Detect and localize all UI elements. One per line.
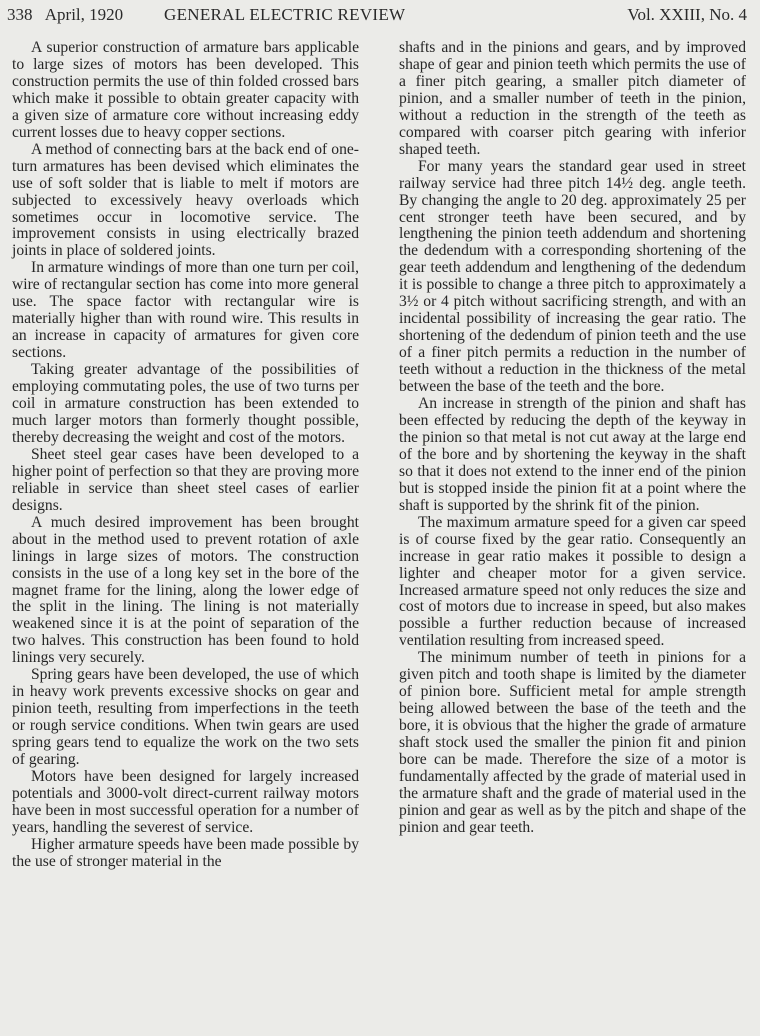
paragraph: Sheet steel gear cases have been develop…: [12, 447, 359, 515]
paragraph: The minimum number of teeth in pinions f…: [399, 650, 746, 836]
column-spacer: [399, 7, 746, 40]
issue-date: April, 1920: [45, 5, 123, 24]
paragraph: In armature windings of more than one tu…: [12, 260, 359, 362]
header-left: 338 April, 1920: [7, 4, 123, 26]
paragraph: A much desired improvement has been brou…: [12, 515, 359, 668]
page-number: 338: [7, 5, 33, 24]
paragraph: For many years the standard gear used in…: [399, 159, 746, 396]
paragraph: Higher armature speeds have been made po…: [12, 837, 359, 871]
journal-title: GENERAL ELECTRIC REVIEW: [164, 4, 405, 26]
paragraph: The maximum armature speed for a given c…: [399, 515, 746, 651]
left-column: A superior construction of armature bars…: [12, 40, 359, 871]
paragraph: A superior construction of armature bars…: [12, 40, 359, 142]
paragraph-continuation: shafts and in the pinions and gears, and…: [399, 40, 746, 159]
paragraph: A method of connecting bars at the back …: [12, 142, 359, 261]
paragraph: Taking greater advantage of the possibil…: [12, 362, 359, 447]
document-page: 338 April, 1920 GENERAL ELECTRIC REVIEW …: [0, 0, 760, 1036]
paragraph: An increase in strength of the pinion an…: [399, 396, 746, 515]
paragraph: Motors have been designed for largely in…: [12, 769, 359, 837]
right-column: shafts and in the pinions and gears, and…: [399, 7, 746, 837]
paragraph: Spring gears have been developed, the us…: [12, 667, 359, 769]
